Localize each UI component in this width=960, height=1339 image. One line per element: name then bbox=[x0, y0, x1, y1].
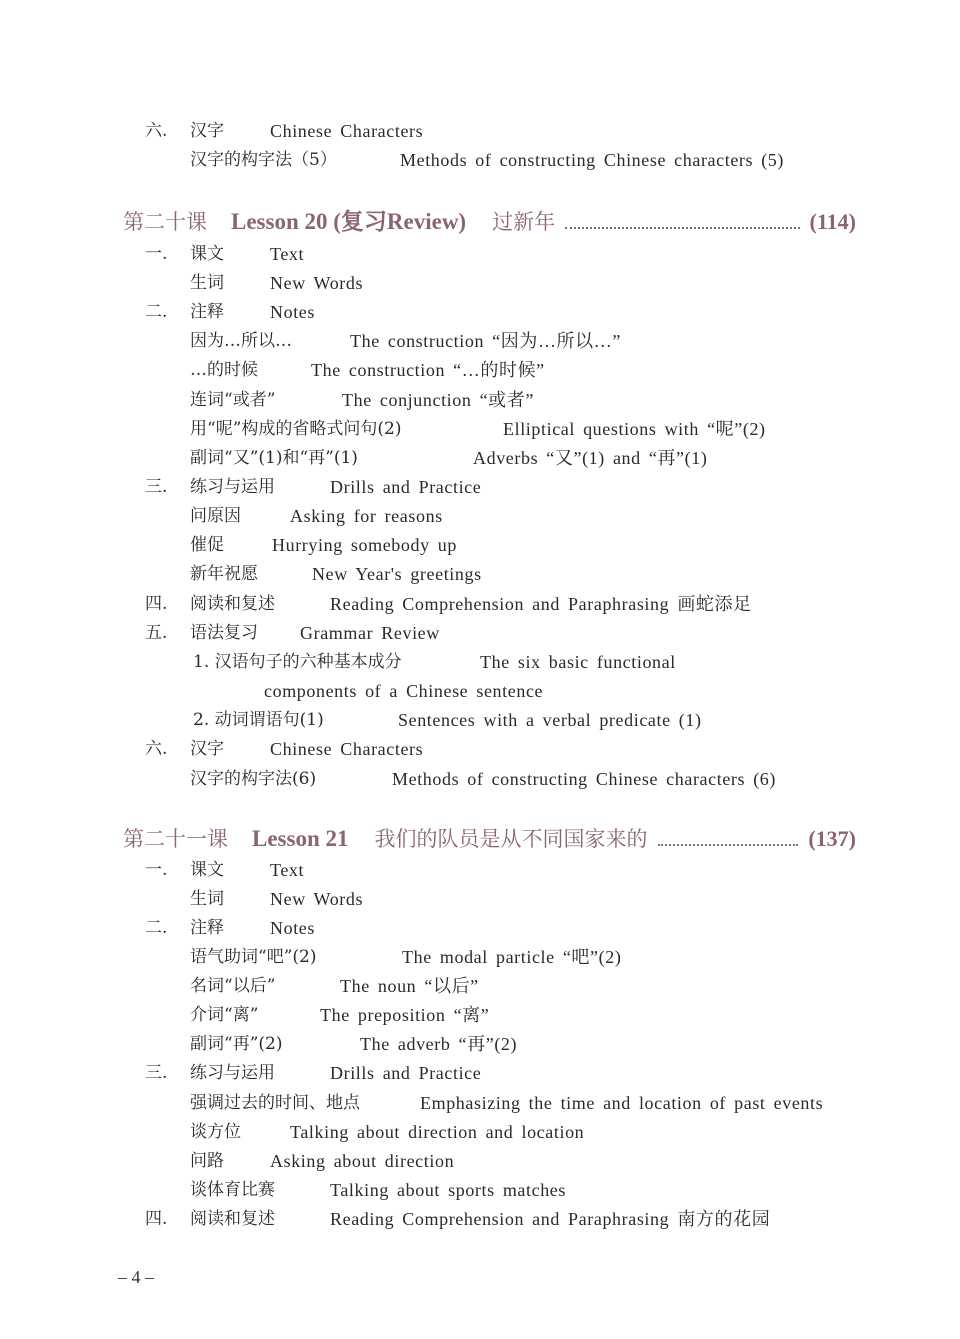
toc-entry: 介词“离” bbox=[190, 1004, 258, 1026]
entry-chinese: 汉字的构字法（5） bbox=[190, 149, 337, 171]
toc-entry: 一. bbox=[145, 859, 167, 881]
entry-english: Sentences with a verbal predicate (1) bbox=[398, 709, 702, 731]
entry-english: The preposition “离” bbox=[320, 1004, 489, 1026]
entry-chinese: 练习与运用 bbox=[190, 1062, 275, 1084]
entry-english: Methods of constructing Chinese characte… bbox=[400, 149, 784, 171]
entry-chinese: 汉字的构字法(6) bbox=[190, 768, 316, 790]
entry-english: The modal particle “吧”(2) bbox=[402, 946, 621, 968]
toc-entry: 课文 bbox=[190, 859, 224, 881]
entry-chinese: 汉字 bbox=[190, 738, 224, 760]
lesson-title: 过新年 bbox=[492, 207, 555, 237]
entry-chinese: 阅读和复述 bbox=[190, 593, 275, 615]
toc-entry: Drills and Practice bbox=[330, 1062, 481, 1085]
entry-english: Grammar Review bbox=[300, 622, 440, 644]
toc-entry: 2. 动词谓语句(1) bbox=[193, 709, 324, 731]
toc-entry: 汉字 bbox=[190, 120, 224, 142]
entry-english: Drills and Practice bbox=[330, 476, 481, 498]
toc-entry: 问路 bbox=[190, 1150, 224, 1172]
toc-entry: Talking about sports matches bbox=[330, 1179, 566, 1202]
toc-entry: Adverbs “又”(1) and “再”(1) bbox=[473, 447, 707, 470]
entry-chinese: 2. 动词谓语句(1) bbox=[193, 709, 324, 731]
entry-number: 六. bbox=[145, 738, 167, 760]
entry-chinese: 名词“以后” bbox=[190, 975, 275, 997]
entry-english: Asking for reasons bbox=[290, 505, 443, 527]
toc-entry: New Words bbox=[270, 888, 363, 911]
entry-chinese: 注释 bbox=[190, 301, 224, 323]
entry-english: Text bbox=[270, 243, 304, 265]
entry-chinese: 阅读和复述 bbox=[190, 1208, 275, 1230]
entry-chinese: 因为…所以… bbox=[190, 330, 292, 352]
entry-chinese: 课文 bbox=[190, 243, 224, 265]
entry-number: 五. bbox=[145, 622, 167, 644]
entry-english: Text bbox=[270, 859, 304, 881]
entry-english: Chinese Characters bbox=[270, 120, 423, 142]
lesson-number-en: Lesson 20 (复习Review) bbox=[231, 207, 466, 237]
toc-entry: Chinese Characters bbox=[270, 120, 423, 143]
entry-chinese: 问路 bbox=[190, 1150, 224, 1172]
toc-entry: 四. bbox=[145, 1208, 167, 1230]
toc-entry: 注释 bbox=[190, 917, 224, 939]
lesson-20-heading[interactable]: 第二十课 Lesson 20 (复习Review) 过新年 (114) bbox=[123, 207, 856, 237]
toc-entry: 汉字的构字法(6) bbox=[190, 768, 316, 790]
entry-english: The noun “以后” bbox=[340, 975, 479, 997]
toc-entry: 三. bbox=[145, 476, 167, 498]
toc-entry: The modal particle “吧”(2) bbox=[402, 946, 621, 969]
toc-entry: 六. bbox=[145, 120, 167, 142]
entry-chinese: 介词“离” bbox=[190, 1004, 258, 1026]
toc-entry: Drills and Practice bbox=[330, 476, 481, 499]
toc-entry: components of a Chinese sentence bbox=[264, 680, 543, 703]
entry-number: 三. bbox=[145, 1062, 167, 1084]
toc-entry: New Words bbox=[270, 272, 363, 295]
toc-entry: 练习与运用 bbox=[190, 1062, 275, 1084]
toc-entry: 生词 bbox=[190, 272, 224, 294]
entry-chinese: 语法复习 bbox=[190, 622, 258, 644]
page-reference: (137) bbox=[808, 824, 856, 854]
entry-number: 四. bbox=[145, 593, 167, 615]
toc-entry: 六. bbox=[145, 738, 167, 760]
toc-entry: The conjunction “或者” bbox=[342, 389, 534, 412]
toc-entry: 语法复习 bbox=[190, 622, 258, 644]
leader-dots bbox=[565, 226, 799, 229]
toc-entry: 五. bbox=[145, 622, 167, 644]
toc-entry: Reading Comprehension and Paraphrasing 画… bbox=[330, 593, 752, 616]
entry-english: Drills and Practice bbox=[330, 1062, 481, 1084]
toc-entry: Asking about direction bbox=[270, 1150, 454, 1173]
toc-entry: The construction “因为…所以…” bbox=[350, 330, 621, 353]
entry-english: Methods of constructing Chinese characte… bbox=[392, 768, 776, 790]
entry-english: Notes bbox=[270, 301, 315, 323]
entry-english: Chinese Characters bbox=[270, 738, 423, 760]
lesson-title: 我们的队员是从不同国家来的 bbox=[375, 824, 648, 854]
entry-chinese: 练习与运用 bbox=[190, 476, 275, 498]
toc-entry: Text bbox=[270, 859, 304, 882]
toc-entry: 阅读和复述 bbox=[190, 1208, 275, 1230]
entry-chinese: 语气助词“吧”(2) bbox=[190, 946, 316, 968]
entry-chinese: 强调过去的时间、地点 bbox=[190, 1092, 360, 1114]
entry-number: 六. bbox=[145, 120, 167, 142]
toc-entry: New Year's greetings bbox=[312, 563, 482, 586]
toc-entry: 二. bbox=[145, 917, 167, 939]
toc-entry: 因为…所以… bbox=[190, 330, 292, 352]
entry-chinese: 课文 bbox=[190, 859, 224, 881]
entry-english: Hurrying somebody up bbox=[272, 534, 457, 556]
entry-english: Emphasizing the time and location of pas… bbox=[420, 1092, 823, 1114]
entry-english: Adverbs “又”(1) and “再”(1) bbox=[473, 447, 707, 469]
lesson-21-heading[interactable]: 第二十一课 Lesson 21 我们的队员是从不同国家来的 (137) bbox=[123, 824, 856, 854]
entry-english: New Words bbox=[270, 888, 363, 910]
toc-entry: Asking for reasons bbox=[290, 505, 443, 528]
entry-chinese: 生词 bbox=[190, 888, 224, 910]
entry-chinese: 谈体育比赛 bbox=[190, 1179, 275, 1201]
entry-chinese: 催促 bbox=[190, 534, 224, 556]
toc-entry: 1. 汉语句子的六种基本成分 bbox=[193, 651, 402, 673]
leader-dots bbox=[658, 843, 799, 846]
toc-entry: Sentences with a verbal predicate (1) bbox=[398, 709, 702, 732]
toc-entry: Emphasizing the time and location of pas… bbox=[420, 1092, 823, 1115]
toc-entry: 一. bbox=[145, 243, 167, 265]
toc-entry: Grammar Review bbox=[300, 622, 440, 645]
toc-entry: 副词“又”(1)和“再”(1) bbox=[190, 447, 358, 469]
toc-entry: 练习与运用 bbox=[190, 476, 275, 498]
entry-number: 一. bbox=[145, 243, 167, 265]
toc-entry: 问原因 bbox=[190, 505, 241, 527]
entry-chinese: 生词 bbox=[190, 272, 224, 294]
entry-english: Reading Comprehension and Paraphrasing 南… bbox=[330, 1208, 770, 1230]
entry-english: New Words bbox=[270, 272, 363, 294]
toc-entry: 连词“或者” bbox=[190, 389, 275, 411]
toc-entry: 课文 bbox=[190, 243, 224, 265]
toc-entry: 注释 bbox=[190, 301, 224, 323]
entry-english: The conjunction “或者” bbox=[342, 389, 534, 411]
entry-english: components of a Chinese sentence bbox=[264, 680, 543, 702]
entry-english: The construction “因为…所以…” bbox=[350, 330, 621, 352]
entry-english: Talking about direction and location bbox=[290, 1121, 584, 1143]
toc-entry: 新年祝愿 bbox=[190, 563, 258, 585]
toc-entry: Notes bbox=[270, 917, 315, 940]
entry-english: The six basic functional bbox=[480, 651, 676, 673]
toc-entry: Notes bbox=[270, 301, 315, 324]
entry-english: Talking about sports matches bbox=[330, 1179, 566, 1201]
toc-entry: 三. bbox=[145, 1062, 167, 1084]
toc-entry: 生词 bbox=[190, 888, 224, 910]
toc-entry: Text bbox=[270, 243, 304, 266]
entry-number: 三. bbox=[145, 476, 167, 498]
toc-entry: …的时候 bbox=[190, 359, 258, 381]
toc-entry: The noun “以后” bbox=[340, 975, 479, 998]
toc-entry: 阅读和复述 bbox=[190, 593, 275, 615]
entry-chinese: 新年祝愿 bbox=[190, 563, 258, 585]
toc-subentry: Methods of constructing Chinese characte… bbox=[400, 149, 784, 172]
entry-chinese: 用“呢”构成的省略式问句(2) bbox=[190, 418, 401, 440]
entry-english: Elliptical questions with “呢”(2) bbox=[503, 418, 766, 440]
entry-chinese: 副词“再”(2) bbox=[190, 1033, 282, 1055]
entry-english: The construction “…的时候” bbox=[311, 359, 545, 381]
toc-entry: 汉字 bbox=[190, 738, 224, 760]
toc-entry: The adverb “再”(2) bbox=[360, 1033, 517, 1056]
entry-english: Reading Comprehension and Paraphrasing 画… bbox=[330, 593, 752, 615]
toc-entry: 催促 bbox=[190, 534, 224, 556]
toc-entry: 用“呢”构成的省略式问句(2) bbox=[190, 418, 401, 440]
toc-entry: The construction “…的时候” bbox=[311, 359, 545, 382]
toc-entry: Elliptical questions with “呢”(2) bbox=[503, 418, 766, 441]
entry-chinese: 副词“又”(1)和“再”(1) bbox=[190, 447, 358, 469]
toc-entry: Talking about direction and location bbox=[290, 1121, 584, 1144]
toc-entry: Chinese Characters bbox=[270, 738, 423, 761]
toc-entry: 二. bbox=[145, 301, 167, 323]
toc-entry: 副词“再”(2) bbox=[190, 1033, 282, 1055]
entry-chinese: 注释 bbox=[190, 917, 224, 939]
entry-chinese: 连词“或者” bbox=[190, 389, 275, 411]
entry-number: 二. bbox=[145, 917, 167, 939]
entry-chinese: 1. 汉语句子的六种基本成分 bbox=[193, 651, 402, 673]
toc-entry: 名词“以后” bbox=[190, 975, 275, 997]
toc-entry: 语气助词“吧”(2) bbox=[190, 946, 316, 968]
page-number: – 4 – bbox=[118, 1267, 154, 1288]
entry-chinese: …的时候 bbox=[190, 359, 258, 381]
lesson-number-cn: 第二十课 bbox=[123, 207, 207, 237]
entry-number: 一. bbox=[145, 859, 167, 881]
lesson-number-en: Lesson 21 bbox=[252, 824, 349, 854]
entry-chinese: 问原因 bbox=[190, 505, 241, 527]
entry-number: 二. bbox=[145, 301, 167, 323]
toc-entry: 强调过去的时间、地点 bbox=[190, 1092, 360, 1114]
toc-entry: Reading Comprehension and Paraphrasing 南… bbox=[330, 1208, 770, 1231]
entry-chinese: 谈方位 bbox=[190, 1121, 241, 1143]
entry-english: The adverb “再”(2) bbox=[360, 1033, 517, 1055]
entry-chinese: 汉字 bbox=[190, 120, 224, 142]
toc-entry: Methods of constructing Chinese characte… bbox=[392, 768, 776, 791]
toc-entry: The preposition “离” bbox=[320, 1004, 489, 1027]
toc-entry: 谈体育比赛 bbox=[190, 1179, 275, 1201]
entry-english: Notes bbox=[270, 917, 315, 939]
entry-english: New Year's greetings bbox=[312, 563, 482, 585]
toc-entry: Hurrying somebody up bbox=[272, 534, 457, 557]
entry-number: 四. bbox=[145, 1208, 167, 1230]
toc-entry: The six basic functional bbox=[480, 651, 676, 674]
entry-english: Asking about direction bbox=[270, 1150, 454, 1172]
toc-entry: 谈方位 bbox=[190, 1121, 241, 1143]
toc-subentry: 汉字的构字法（5） bbox=[190, 149, 337, 171]
toc-entry: 四. bbox=[145, 593, 167, 615]
lesson-number-cn: 第二十一课 bbox=[123, 824, 228, 854]
page-reference: (114) bbox=[810, 207, 856, 237]
